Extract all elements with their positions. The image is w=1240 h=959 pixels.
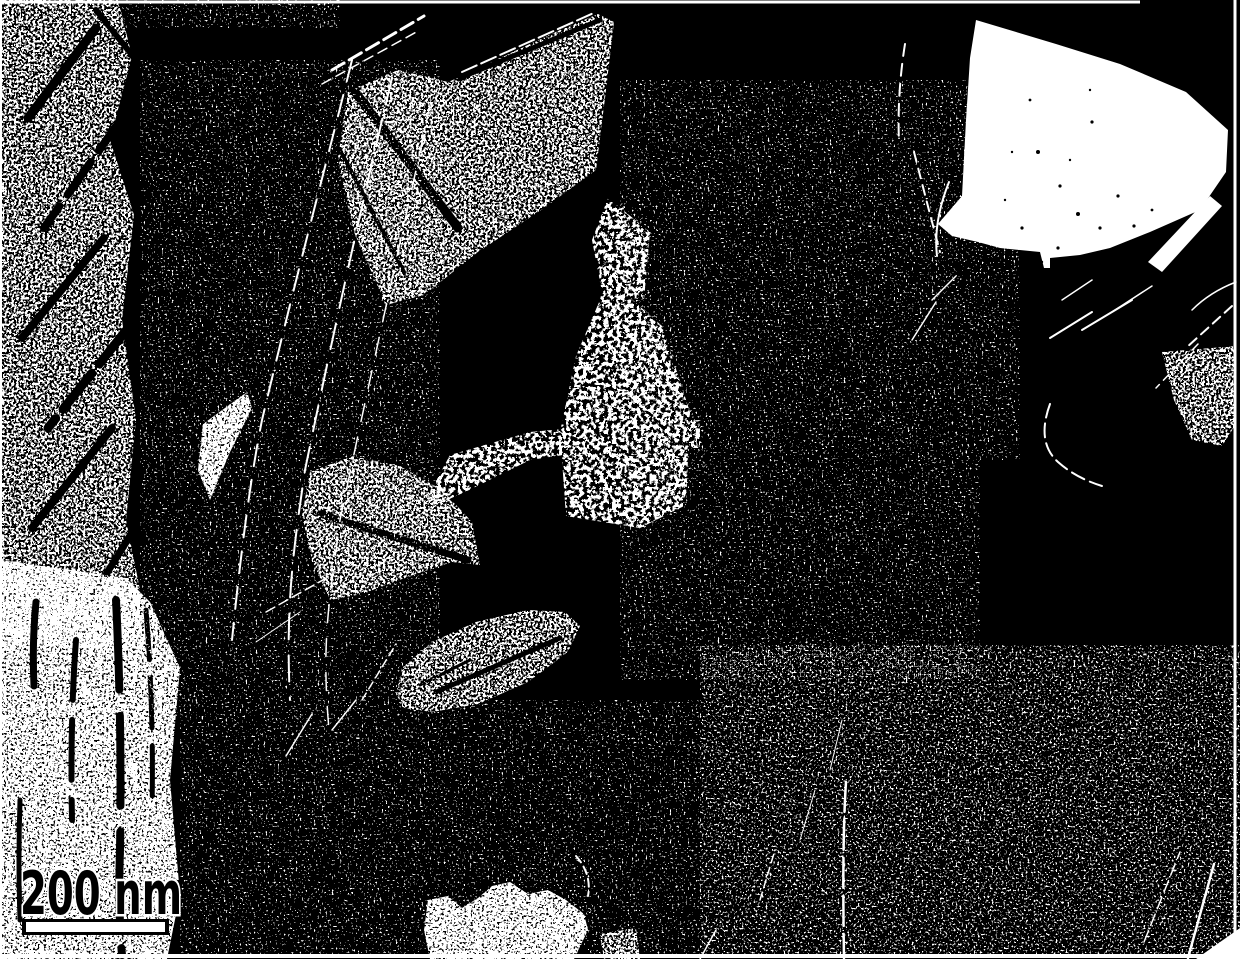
micrograph-canvas: 200 nm — [0, 0, 1240, 959]
scale-bar-label: 200 nm — [20, 859, 182, 929]
left-striated-band — [0, 0, 142, 648]
scale-bar-line — [26, 922, 165, 932]
scale-bar: 200 nm — [20, 859, 182, 935]
tem-micrograph: 200 nm — [0, 0, 1240, 959]
